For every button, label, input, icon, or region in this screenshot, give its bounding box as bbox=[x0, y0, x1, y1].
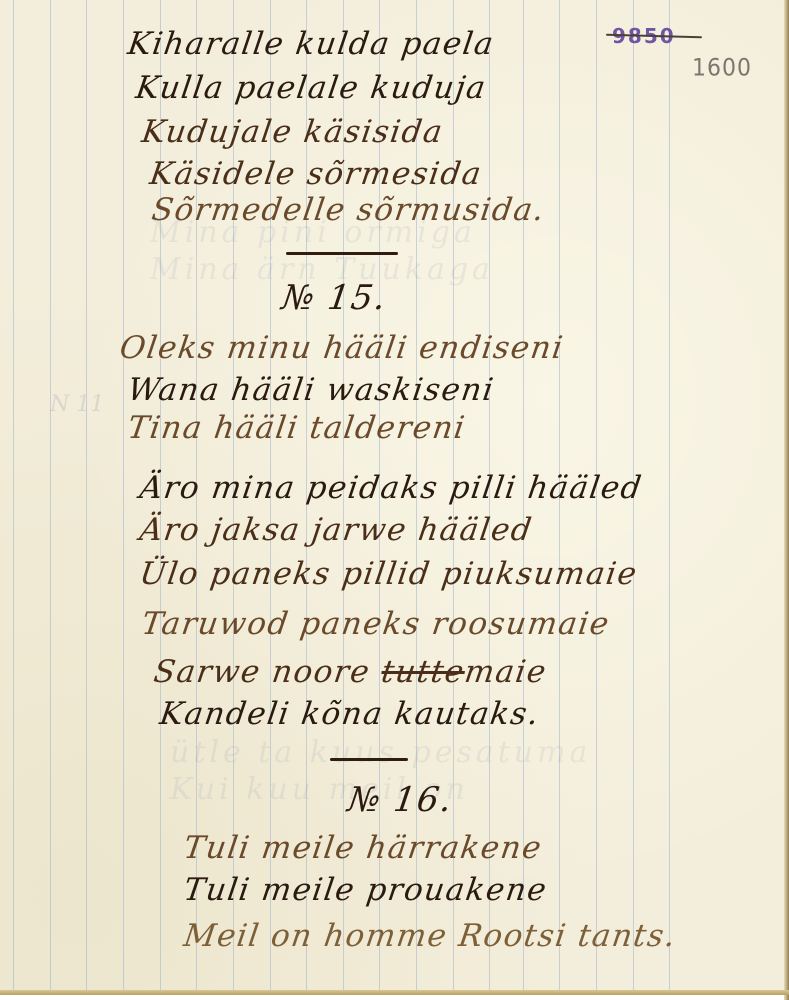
verse-line: Wana hääli waskiseni bbox=[125, 372, 496, 408]
ruled-line bbox=[13, 0, 14, 993]
song-number: № 16. bbox=[345, 780, 455, 820]
ruled-line bbox=[669, 0, 670, 993]
verse-line: Oleks minu hääli endiseni bbox=[117, 330, 566, 366]
verse-line: Tuli meile härrakene bbox=[181, 830, 544, 866]
verse-line: Äro mina peidaks pilli hääled bbox=[137, 470, 644, 506]
verse-line: Kiharalle kulda paela bbox=[125, 26, 496, 62]
verse-line: Sõrmedelle sõrmusida. bbox=[149, 192, 547, 228]
verse-line: Äro jaksa jarwe hääled bbox=[137, 512, 535, 548]
verse-line: Kudujale käsisida bbox=[139, 114, 445, 150]
ruled-line bbox=[123, 0, 124, 993]
page-edge-right bbox=[784, 0, 789, 1000]
struck-word: tutte bbox=[379, 654, 467, 690]
song-separator bbox=[286, 252, 398, 255]
verse-line: Tina hääli taldereni bbox=[125, 410, 468, 446]
verse-line: Kandeli kõna kautaks. bbox=[157, 696, 542, 732]
pencil-page-number: 1600 bbox=[692, 55, 752, 83]
verse-line: Kulla paelale kuduja bbox=[133, 70, 489, 106]
song-separator bbox=[330, 758, 408, 761]
verse-line: Ülo paneks pillid piuksumaie bbox=[137, 556, 640, 592]
ruled-line bbox=[86, 0, 87, 993]
verse-line-text: Sarwe noore bbox=[151, 654, 372, 690]
page-edge-bottom bbox=[0, 990, 789, 995]
bleed-through-text: ütle ta kuus pesatuma bbox=[170, 735, 591, 770]
ruled-line bbox=[50, 0, 51, 993]
verse-line: Meil on homme Rootsi tants. bbox=[181, 918, 678, 954]
verse-line-suffix: maie bbox=[462, 654, 549, 690]
verse-line: Taruwod paneks roosumaie bbox=[139, 606, 612, 642]
verse-line: Tuli meile prouakene bbox=[181, 872, 549, 908]
margin-bleed-mark: N 11 bbox=[50, 392, 104, 417]
verse-line: Käsidele sõrmesida bbox=[147, 156, 484, 192]
song-number: № 15. bbox=[279, 278, 389, 318]
verse-line: Sarwe noore tuttemaie bbox=[151, 654, 549, 690]
manuscript-page: Mina pini ormiga Mina ärn Tuukaga ütle t… bbox=[0, 0, 784, 993]
